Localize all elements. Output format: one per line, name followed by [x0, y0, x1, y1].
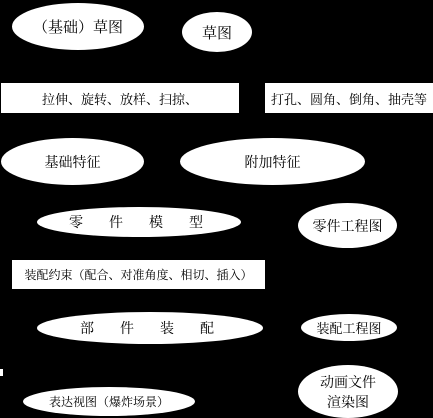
- flow-diagram-canvas: （基础）草图 草图 拉伸、旋转、放样、扫掠、 打孔、圆角、倒角、抽壳等 基础特征…: [0, 0, 433, 418]
- node-component-assembly: 部 件 装 配: [37, 312, 263, 344]
- node-basic-sketch: （基础）草图: [12, 3, 144, 50]
- node-animation-render-line2: 渲染图: [327, 392, 369, 412]
- node-part-drawing: 零件工程图: [298, 203, 397, 248]
- node-assembly-drawing: 装配工程图: [301, 314, 397, 341]
- node-animation-render-line1: 动画文件: [320, 372, 376, 392]
- node-sketch: 草图: [182, 12, 252, 52]
- node-sketch-features: 拉伸、旋转、放样、扫掠、: [1, 83, 239, 113]
- node-animation-render: 动画文件 渲染图: [298, 365, 398, 418]
- node-additional-feature: 附加特征: [180, 138, 365, 185]
- left-edge-shape-fragment: [0, 369, 3, 376]
- node-assembly-constraints: 装配约束（配合、对准角度、相切、插入）: [12, 260, 265, 289]
- node-placed-features: 打孔、圆角、倒角、抽壳等: [265, 83, 433, 113]
- node-exploded-view: 表达视图（爆炸场景）: [23, 387, 195, 416]
- node-base-feature: 基础特征: [1, 138, 144, 185]
- node-part-model: 零 件 模 型: [37, 207, 241, 237]
